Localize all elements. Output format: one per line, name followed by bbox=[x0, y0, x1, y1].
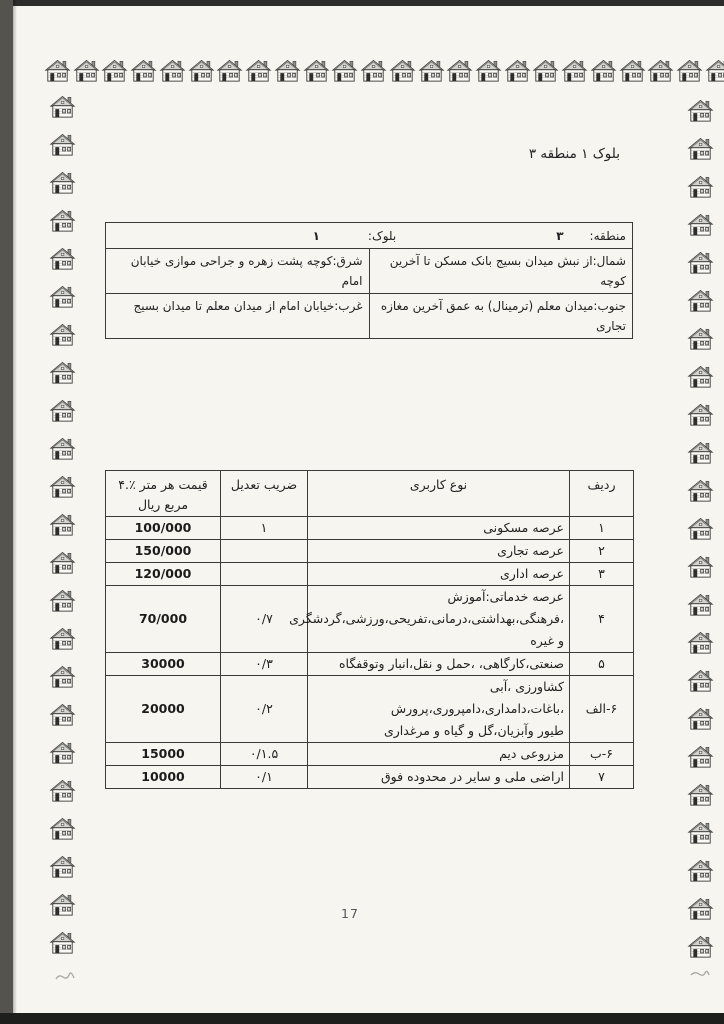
row-number: ۶-ب bbox=[570, 743, 634, 766]
house-icon bbox=[687, 895, 714, 923]
house-icon bbox=[245, 57, 272, 85]
house-icon bbox=[687, 553, 714, 581]
house-border-top bbox=[44, 57, 724, 87]
house-icon bbox=[49, 549, 76, 577]
house-icon bbox=[446, 57, 473, 85]
house-icon bbox=[687, 135, 714, 163]
house-icon bbox=[49, 131, 76, 159]
house-icon bbox=[475, 57, 502, 85]
north-boundary: شمال:از نبش میدان بسیج بانک مسکن تا آخری… bbox=[369, 249, 633, 294]
house-icon bbox=[619, 57, 646, 85]
row-number: ۳ bbox=[570, 563, 634, 586]
boundary-row-1: شمال:از نبش میدان بسیج بانک مسکن تا آخری… bbox=[106, 249, 633, 294]
house-icon bbox=[49, 321, 76, 349]
adjustment-coefficient: ۱ bbox=[221, 517, 308, 540]
usage-type: عرصه مسکونی bbox=[308, 517, 570, 540]
house-icon bbox=[687, 249, 714, 277]
region-block-cell: منطقه: ۳ بلوک: ۱ bbox=[106, 223, 633, 249]
adjustment-coefficient bbox=[221, 540, 308, 563]
row-number: ۲ bbox=[570, 540, 634, 563]
header-row-number: ردیف bbox=[570, 471, 634, 517]
adjustment-coefficient: ۰/۱.۵ bbox=[221, 743, 308, 766]
rate-row: ۵صنعتی،کارگاهی، ،حمل و نقل،انبار وتوقفگا… bbox=[106, 653, 634, 676]
house-icon bbox=[687, 439, 714, 467]
house-icon bbox=[130, 57, 157, 85]
house-icon bbox=[687, 363, 714, 391]
house-icon bbox=[101, 57, 128, 85]
rate-row: ۶-بمزروعی دیم۰/۱.۵15000 bbox=[106, 743, 634, 766]
house-icon bbox=[561, 57, 588, 85]
price-per-sqm: 120/000 bbox=[106, 563, 221, 586]
rate-row: ۱عرصه مسکونی۱100/000 bbox=[106, 517, 634, 540]
usage-type: کشاورزی ،آبی ،باغات،دامداری،دامپروری،پرو… bbox=[308, 676, 570, 743]
house-icon bbox=[49, 929, 76, 957]
boundary-row-2: جنوب:میدان معلم (ترمینال) به عمق آخرین م… bbox=[106, 294, 633, 339]
house-icon bbox=[687, 857, 714, 885]
house-icon bbox=[49, 207, 76, 235]
scan-edge-left bbox=[0, 0, 13, 1024]
region-value: ۳ bbox=[556, 229, 563, 243]
price-per-sqm: 30000 bbox=[106, 653, 221, 676]
rate-row: ۶-الفکشاورزی ،آبی ،باغات،دامداری،دامپرور… bbox=[106, 676, 634, 743]
house-icon bbox=[687, 211, 714, 239]
house-icon bbox=[44, 57, 71, 85]
house-icon bbox=[216, 57, 243, 85]
row-number: ۱ bbox=[570, 517, 634, 540]
house-icon bbox=[687, 743, 714, 771]
east-boundary: شرق:کوچه پشت زهره و جراحی موازی خیابان ا… bbox=[106, 249, 370, 294]
price-per-sqm: 20000 bbox=[106, 676, 221, 743]
house-icon bbox=[331, 57, 358, 85]
page-title: بلوک ۱ منطقه ۳ bbox=[529, 146, 620, 162]
usage-type: عرصه اداری bbox=[308, 563, 570, 586]
rate-row: ۴عرصه خدماتی:آموزش ،فرهنگی،بهداشتی،درمان… bbox=[106, 586, 634, 653]
house-icon bbox=[687, 401, 714, 429]
house-icon bbox=[49, 701, 76, 729]
house-icon bbox=[49, 397, 76, 425]
price-header-prefix: ۴.٪ bbox=[118, 475, 135, 495]
usage-type: اراضی ملی و سایر در محدوده فوق bbox=[308, 766, 570, 789]
location-table: منطقه: ۳ بلوک: ۱ شمال:از نبش میدان بسیج … bbox=[105, 222, 633, 339]
house-icon bbox=[590, 57, 617, 85]
house-icon bbox=[49, 815, 76, 843]
ink-smudge-right bbox=[690, 963, 710, 982]
house-icon bbox=[687, 325, 714, 353]
rate-table-header-row: ردیف نوع کاربری ضریب تعدیل ۴.٪ قیمت هر م… bbox=[106, 471, 634, 517]
price-per-sqm: 15000 bbox=[106, 743, 221, 766]
house-icon bbox=[49, 891, 76, 919]
house-icon bbox=[687, 705, 714, 733]
house-border-right bbox=[687, 97, 717, 961]
scanned-page: بلوک ۱ منطقه ۳ منطقه: ۳ بلوک: ۱ شمال:از … bbox=[0, 0, 724, 1024]
scan-edge-top bbox=[0, 0, 724, 6]
house-icon bbox=[49, 663, 76, 691]
row-number: ۵ bbox=[570, 653, 634, 676]
rate-table-body: ۱عرصه مسکونی۱100/000۲عرصه تجاری150/000۳ع… bbox=[106, 517, 634, 789]
block-label: بلوک: bbox=[368, 229, 396, 243]
house-icon bbox=[687, 97, 714, 125]
house-icon bbox=[49, 587, 76, 615]
ink-smudge-left bbox=[55, 966, 75, 985]
house-icon bbox=[647, 57, 674, 85]
adjustment-coefficient: ۰/۱ bbox=[221, 766, 308, 789]
house-icon bbox=[504, 57, 531, 85]
house-icon bbox=[188, 57, 215, 85]
house-icon bbox=[73, 57, 100, 85]
adjustment-coefficient: ۰/۳ bbox=[221, 653, 308, 676]
usage-type: عرصه تجاری bbox=[308, 540, 570, 563]
rate-row: ۲عرصه تجاری150/000 bbox=[106, 540, 634, 563]
house-icon bbox=[389, 57, 416, 85]
price-header-line2: مربع ریال bbox=[106, 495, 220, 515]
rate-row: ۷اراضی ملی و سایر در محدوده فوق۰/۱10000 bbox=[106, 766, 634, 789]
south-boundary: جنوب:میدان معلم (ترمینال) به عمق آخرین م… bbox=[369, 294, 633, 339]
usage-type: عرصه خدماتی:آموزش ،فرهنگی،بهداشتی،درمانی… bbox=[308, 586, 570, 653]
house-icon bbox=[274, 57, 301, 85]
house-icon bbox=[687, 591, 714, 619]
house-icon bbox=[687, 781, 714, 809]
location-header-row: منطقه: ۳ بلوک: ۱ bbox=[106, 223, 633, 249]
house-icon bbox=[687, 819, 714, 847]
house-icon bbox=[49, 473, 76, 501]
adjustment-coefficient: ۰/۲ bbox=[221, 676, 308, 743]
house-icon bbox=[705, 57, 724, 85]
price-per-sqm: 10000 bbox=[106, 766, 221, 789]
house-icon bbox=[49, 283, 76, 311]
price-per-sqm: 150/000 bbox=[106, 540, 221, 563]
page-number: 17 bbox=[300, 906, 400, 921]
header-usage-type: نوع کاربری bbox=[308, 471, 570, 517]
usage-type: مزروعی دیم bbox=[308, 743, 570, 766]
house-icon bbox=[49, 93, 76, 121]
west-boundary: غرب:خیابان امام از میدان معلم تا میدان ب… bbox=[106, 294, 370, 339]
house-icon bbox=[159, 57, 186, 85]
house-icon bbox=[49, 625, 76, 653]
block-value: ۱ bbox=[313, 229, 320, 243]
house-icon bbox=[49, 359, 76, 387]
house-icon bbox=[687, 515, 714, 543]
row-number: ۴ bbox=[570, 586, 634, 653]
rate-table: ردیف نوع کاربری ضریب تعدیل ۴.٪ قیمت هر م… bbox=[105, 470, 634, 789]
house-icon bbox=[676, 57, 703, 85]
price-per-sqm: 70/000 bbox=[106, 586, 221, 653]
house-icon bbox=[49, 435, 76, 463]
house-icon bbox=[49, 245, 76, 273]
house-icon bbox=[49, 739, 76, 767]
house-icon bbox=[49, 511, 76, 539]
house-icon bbox=[418, 57, 445, 85]
house-icon bbox=[49, 777, 76, 805]
row-number: ۶-الف bbox=[570, 676, 634, 743]
usage-type: صنعتی،کارگاهی، ،حمل و نقل،انبار وتوقفگاه bbox=[308, 653, 570, 676]
house-icon bbox=[303, 57, 330, 85]
header-adjustment-coefficient: ضریب تعدیل bbox=[221, 471, 308, 517]
house-border-left bbox=[49, 93, 79, 957]
house-icon bbox=[687, 173, 714, 201]
house-icon bbox=[687, 477, 714, 505]
scan-edge-bottom bbox=[0, 1013, 724, 1024]
house-icon bbox=[687, 629, 714, 657]
house-icon bbox=[687, 667, 714, 695]
house-icon bbox=[687, 933, 714, 961]
house-icon bbox=[532, 57, 559, 85]
price-per-sqm: 100/000 bbox=[106, 517, 221, 540]
row-number: ۷ bbox=[570, 766, 634, 789]
house-icon bbox=[360, 57, 387, 85]
header-price: ۴.٪ قیمت هر متر مربع ریال bbox=[106, 471, 221, 517]
price-header-line1: قیمت هر متر bbox=[140, 475, 208, 495]
house-icon bbox=[49, 853, 76, 881]
house-icon bbox=[49, 169, 76, 197]
rate-row: ۳عرصه اداری120/000 bbox=[106, 563, 634, 586]
region-label: منطقه: bbox=[590, 229, 626, 243]
adjustment-coefficient bbox=[221, 563, 308, 586]
house-icon bbox=[687, 287, 714, 315]
